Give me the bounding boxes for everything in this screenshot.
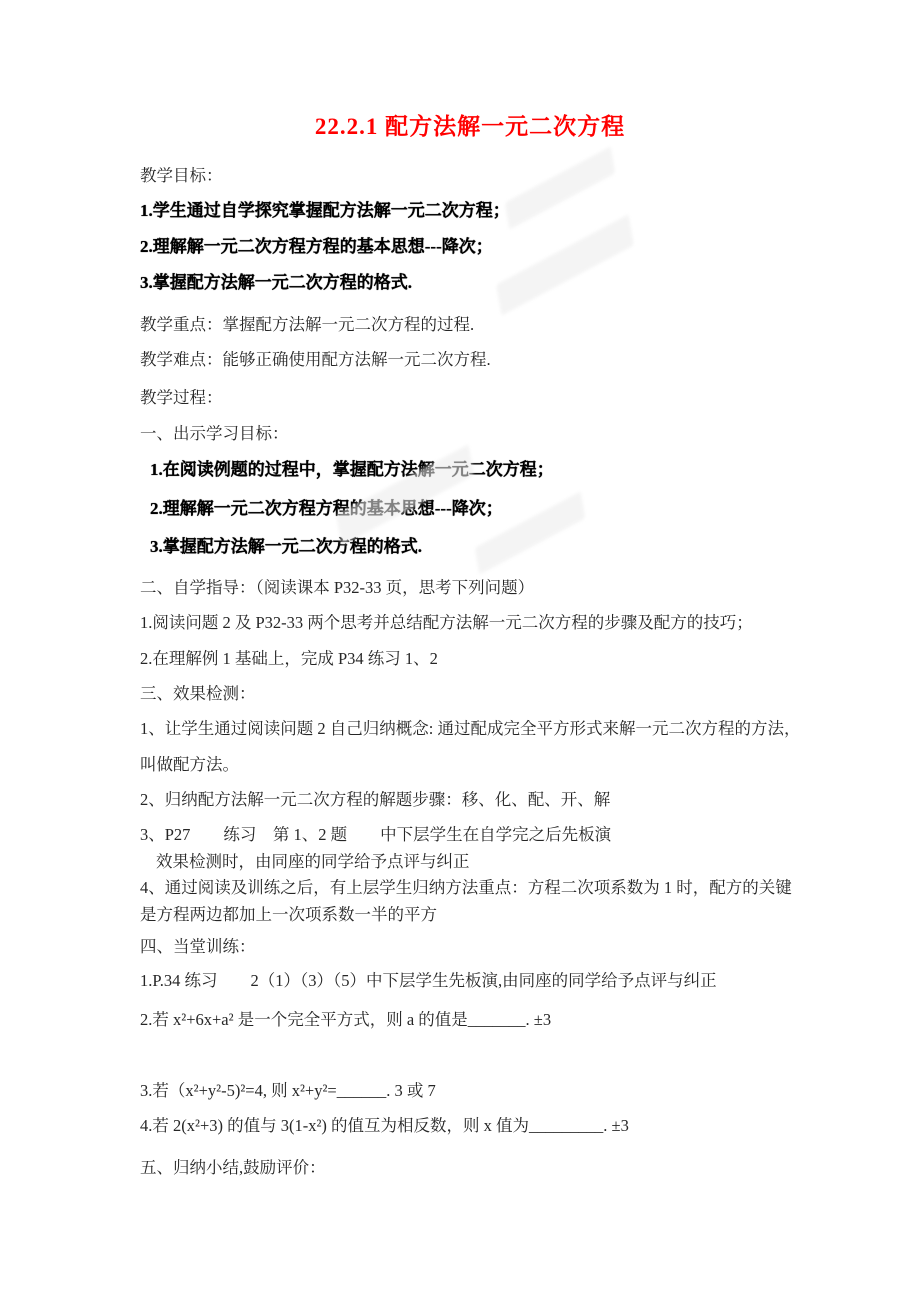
- objective-item-3: 3.掌握配方法解一元二次方程的格式.: [140, 536, 800, 558]
- document-page: 22.2.1 配方法解一元二次方程 教学目标： 1.学生通过自学探究掌握配方法解…: [0, 0, 920, 1302]
- check-item-4-cont: 是方程两边都加上一次项系数一半的平方: [140, 905, 800, 925]
- check-item-3: 3、P27 练习 第 1、2 题 中下层学生在自学完之后先板演: [140, 825, 800, 845]
- teaching-process-label: 教学过程：: [140, 388, 800, 408]
- goal-item-2: 2.理解解一元二次方程方程的基本思想---降次；: [140, 236, 800, 258]
- section-5-heading: 五、归纳小结,鼓励评价：: [140, 1158, 800, 1178]
- practice-item-3: 3.若（x²+y²-5)²=4, 则 x²+y²=______. 3 或 7: [140, 1081, 800, 1101]
- watermark: [496, 214, 634, 315]
- section-4-heading: 四、当堂训练：: [140, 937, 800, 957]
- teaching-goals-label: 教学目标：: [140, 166, 800, 186]
- selfstudy-item-2: 2.在理解例 1 基础上，完成 P34 练习 1、2: [140, 649, 800, 669]
- practice-item-1: 1.P.34 练习 2（1）（3）（5）中下层学生先板演,由同座的同学给予点评与…: [140, 971, 800, 991]
- teaching-difficulty: 教学难点：能够正确使用配方法解一元二次方程.: [140, 350, 800, 370]
- section-3-heading: 三、效果检测：: [140, 684, 800, 704]
- check-item-1: 1、让学生通过阅读问题 2 自己归纳概念: 通过配成完全平方形式来解一元二次方程…: [140, 719, 800, 739]
- page-title: 22.2.1 配方法解一元二次方程: [140, 112, 800, 142]
- check-item-4: 4、通过阅读及训练之后，有上层学生归纳方法重点：方程二次项系数为 1 时，配方的…: [140, 878, 800, 898]
- goal-item-3: 3.掌握配方法解一元二次方程的格式.: [140, 272, 800, 294]
- practice-item-2: 2.若 x²+6x+a² 是一个完全平方式，则 a 的值是_______. ±3: [140, 1010, 800, 1030]
- check-item-2: 2、归纳配方法解一元二次方程的解题步骤：移、化、配、开、解: [140, 790, 800, 810]
- practice-item-4: 4.若 2(x²+3) 的值与 3(1-x²) 的值互为相反数，则 x 值为__…: [140, 1116, 800, 1136]
- section-2-heading: 二、自学指导：（阅读课本 P32-33 页，思考下列问题）: [140, 578, 800, 598]
- teaching-focus: 教学重点：掌握配方法解一元二次方程的过程.: [140, 315, 800, 335]
- objective-item-1: 1.在阅读例题的过程中，掌握配方法解一元二次方程；: [140, 459, 800, 481]
- selfstudy-item-1: 1.阅读问题 2 及 P32-33 两个思考并总结配方法解一元二次方程的步骤及配…: [140, 613, 800, 633]
- check-item-1-cont: 叫做配方法。: [140, 755, 800, 775]
- objective-item-2: 2.理解解一元二次方程方程的基本思想---降次；: [140, 498, 800, 520]
- section-1-heading: 一、出示学习目标：: [140, 424, 800, 444]
- goal-item-1: 1.学生通过自学探究掌握配方法解一元二次方程；: [140, 200, 800, 222]
- check-item-3-note: 效果检测时，由同座的同学给予点评与纠正: [140, 852, 800, 872]
